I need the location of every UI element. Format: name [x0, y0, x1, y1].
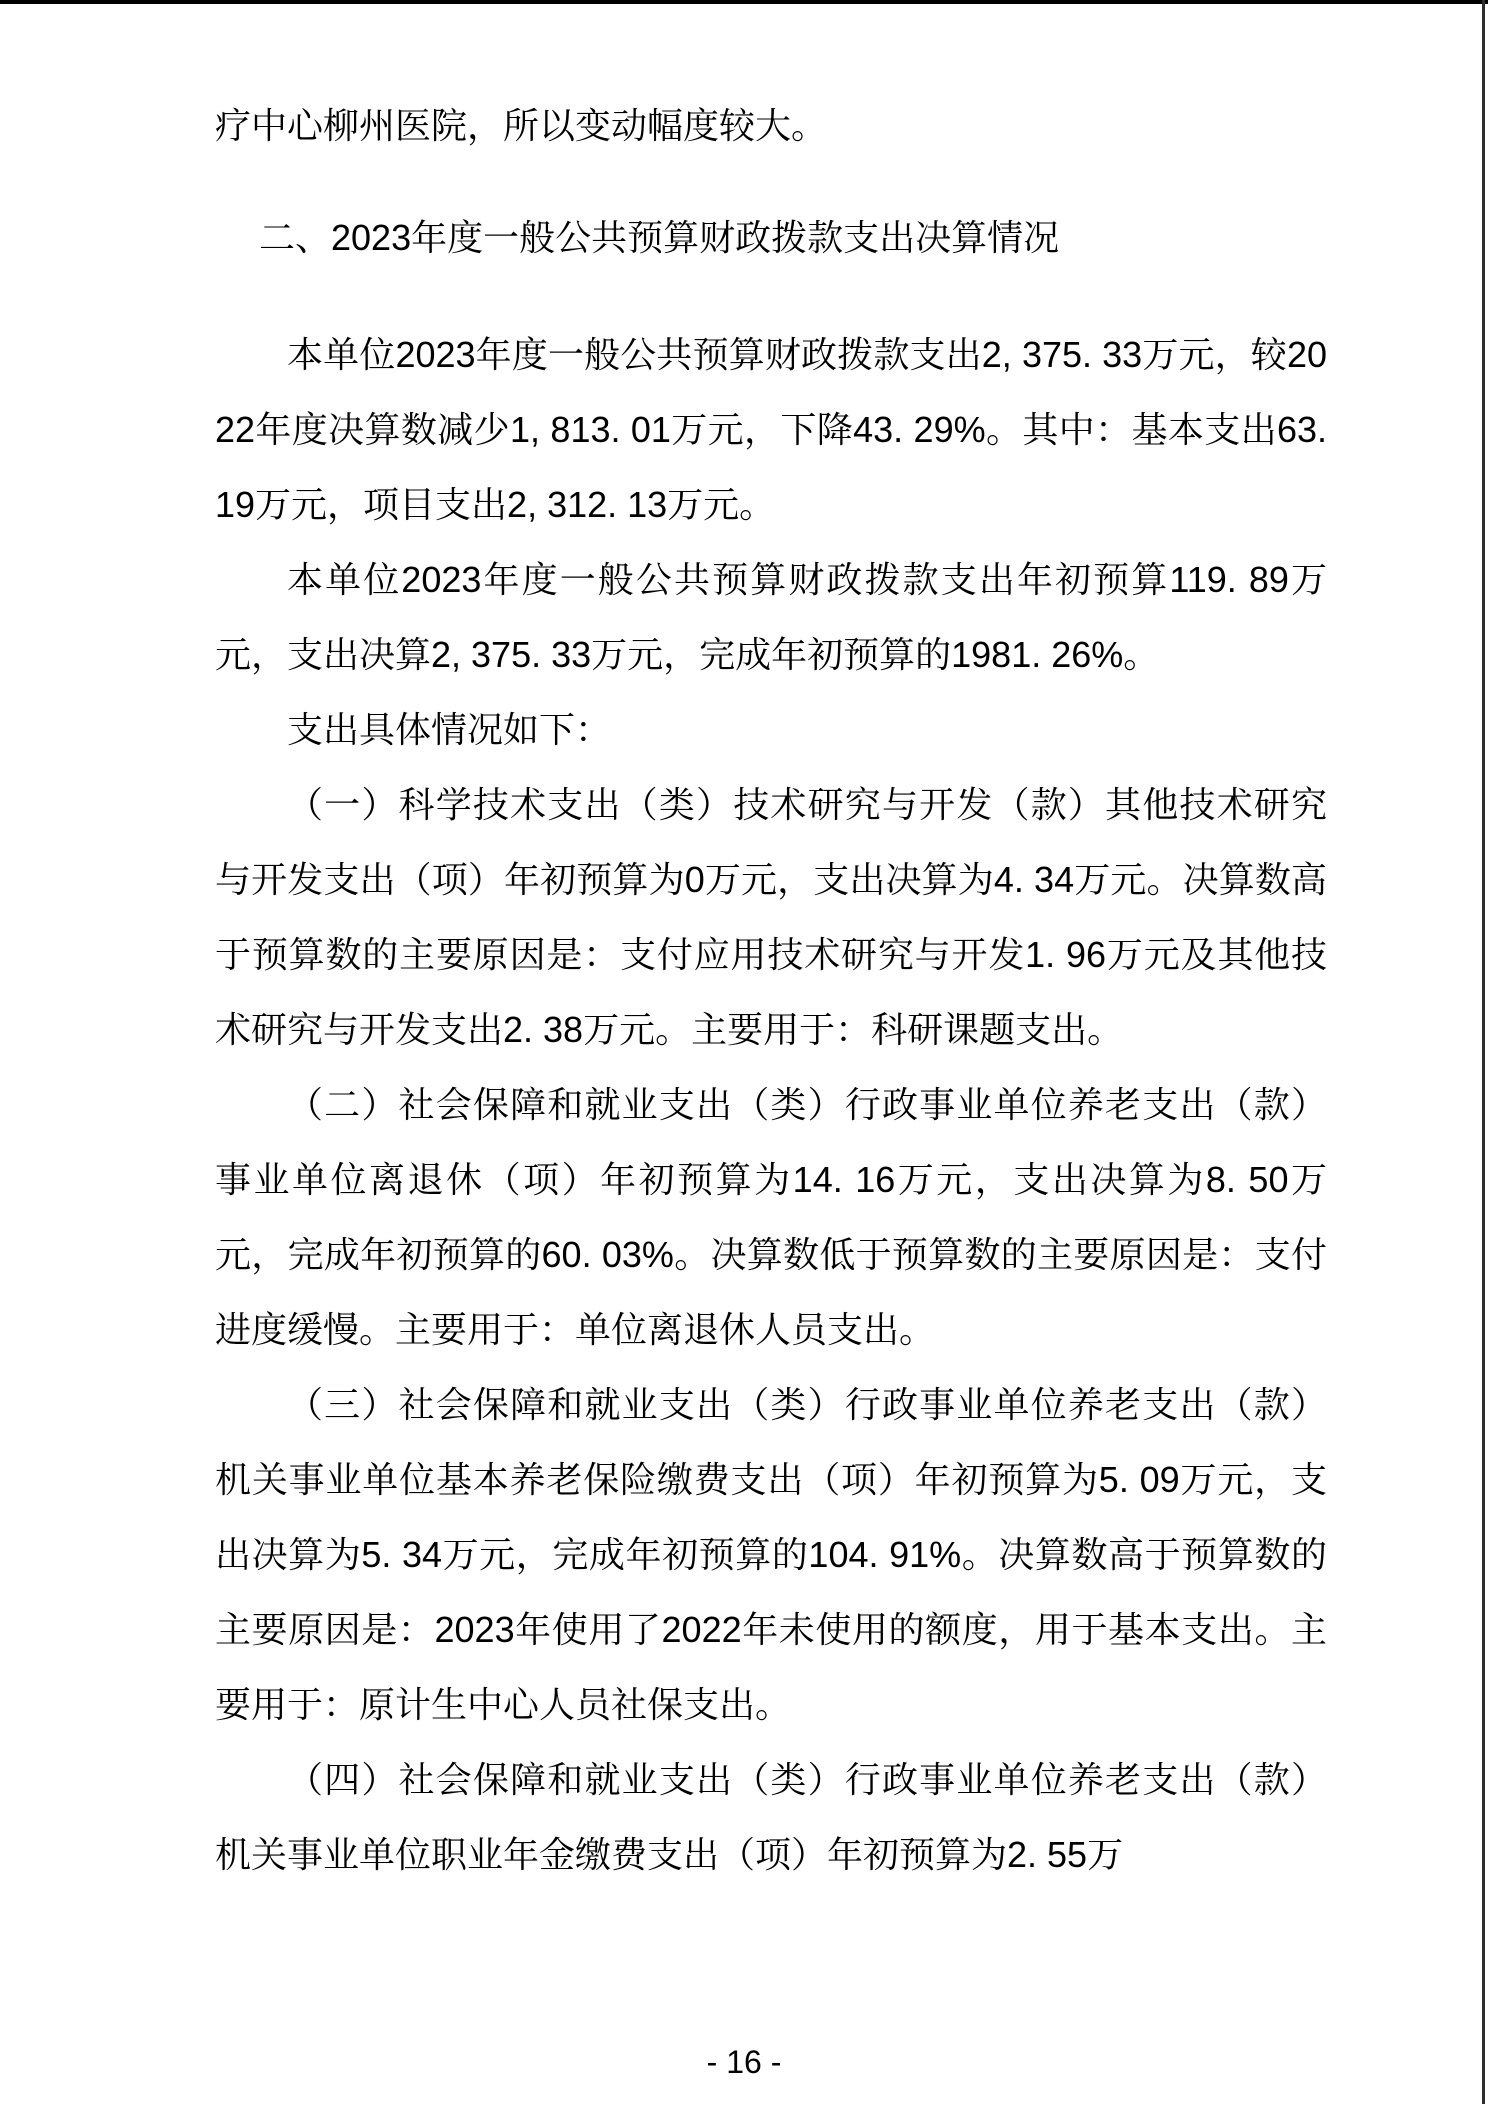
section-heading: 二、2023年度一般公共预算财政拨款支出决算情况 [215, 200, 1327, 275]
document-body: 疗中心柳州医院，所以变动幅度较大。 二、2023年度一般公共预算财政拨款支出决算… [215, 88, 1327, 1892]
page-right-border-line [1482, 0, 1485, 2104]
paragraph-item-3-pension-insurance: （三）社会保障和就业支出（类）行政事业单位养老支出（款）机关事业单位基本养老保险… [215, 1367, 1327, 1742]
page-number: - 16 - [0, 2042, 1488, 2082]
paragraph-details-intro: 支出具体情况如下： [215, 692, 1327, 767]
document-page: 疗中心柳州医院，所以变动幅度较大。 二、2023年度一般公共预算财政拨款支出决算… [0, 0, 1488, 2104]
paragraph-item-4-occupational-annuity: （四）社会保障和就业支出（类）行政事业单位养老支出（款）机关事业单位职业年金缴费… [215, 1742, 1327, 1892]
paragraph-budget-expenditure-summary: 本单位2023年度一般公共预算财政拨款支出2, 375. 33万元，较2022年… [215, 317, 1327, 542]
paragraph-continuation: 疗中心柳州医院，所以变动幅度较大。 [215, 88, 1327, 163]
page-top-border-line [0, 0, 1488, 4]
paragraph-item-1-science-technology: （一）科学技术支出（类）技术研究与开发（款）其他技术研究与开发支出（项）年初预算… [215, 767, 1327, 1067]
paragraph-item-2-retirement: （二）社会保障和就业支出（类）行政事业单位养老支出（款）事业单位离退休（项）年初… [215, 1067, 1327, 1367]
paragraph-initial-budget-summary: 本单位2023年度一般公共预算财政拨款支出年初预算119. 89万元，支出决算2… [215, 542, 1327, 692]
